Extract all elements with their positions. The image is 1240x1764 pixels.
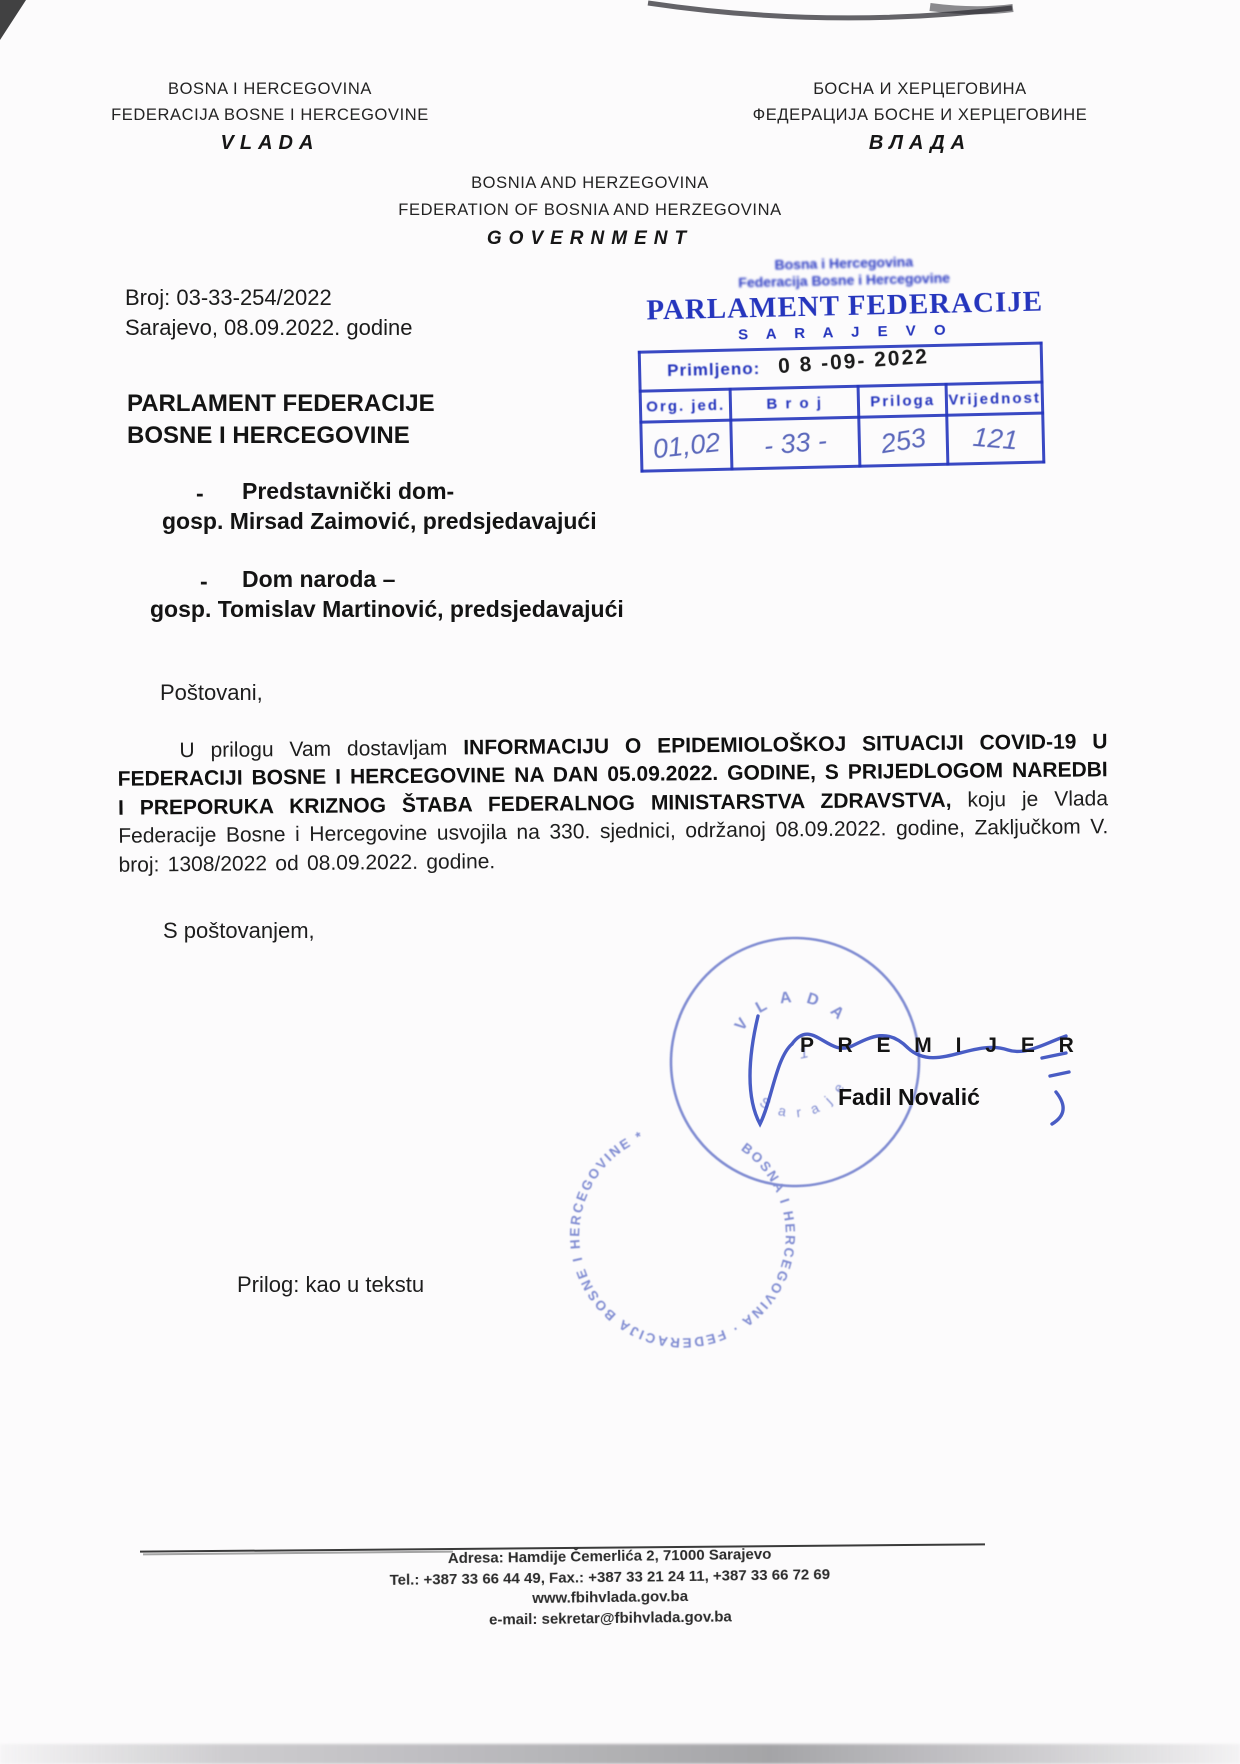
body-paragraph: U prilogu Vam dostavljam INFORMACIJU O E… — [117, 728, 1108, 880]
letterhead-center-country: BOSNIA AND HERZEGOVINA — [380, 170, 800, 197]
addressee2-person: gosp. Tomislav Martinović, predsjedavaju… — [150, 596, 624, 623]
round-seal: BOSNA I HERCEGOVINA · FEDERACIJA BOSNE I… — [514, 915, 971, 1372]
letterhead-left-government: VLADA — [95, 128, 445, 158]
closing: S poštovanjem, — [163, 918, 315, 944]
addressee1-person: gosp. Mirsad Zaimović, predsjedavajući — [162, 508, 597, 535]
received-stamp: Bosna i Hercegovina Federacija Bosne i H… — [636, 250, 1057, 472]
letterhead-right-country: БОСНА И ХЕРЦЕГОВИНА — [735, 76, 1105, 102]
letterhead-left-federation: FEDERACIJA BOSNE I HERCEGOVINE — [95, 102, 445, 128]
recipient-line1: PARLAMENT FEDERACIJE — [127, 388, 435, 420]
received-label: Primljeno: — [667, 359, 761, 380]
letterhead-right-government: ВЛАДА — [735, 128, 1105, 158]
letterhead-right: БОСНА И ХЕРЦЕГОВИНА ФЕДЕРАЦИЈА БОСНЕ И Х… — [735, 76, 1105, 158]
value-broj: - 33 - — [763, 425, 829, 462]
signatory-name: Fadil Novalić — [838, 1084, 980, 1111]
value-vrijednost: 121 — [972, 421, 1019, 456]
scanned-letter-page: BOSNA I HERCEGOVINA FEDERACIJA BOSNE I H… — [0, 0, 1240, 1764]
svg-text:BOSNA I HERCEGOVINA · FEDERACI: BOSNA I HERCEGOVINA · FEDERACIJA BOSNE I… — [546, 1100, 819, 1372]
recipient-block: PARLAMENT FEDERACIJE BOSNE I HERCEGOVINE — [127, 388, 435, 452]
col-org-jed: Org. jed. — [640, 389, 731, 422]
letterhead-center: BOSNIA AND HERZEGOVINA FEDERATION OF BOS… — [380, 170, 800, 253]
seal-ring-text: BOSNA I HERCEGOVINA · FEDERACIJA BOSNE I… — [546, 1100, 819, 1372]
addressee2-title: Dom naroda – — [242, 566, 395, 593]
letterhead-left-country: BOSNA I HERCEGOVINA — [95, 76, 445, 102]
letterhead-right-federation: ФЕДЕРАЦИЈА БОСНЕ И ХЕРЦЕГОВИНЕ — [735, 102, 1105, 128]
signatory-title: P R E M I J E R — [800, 1034, 1083, 1058]
attachment-note: Prilog: kao u tekstu — [237, 1272, 424, 1298]
reference-number: Broj: 03-33-254/2022 — [125, 283, 412, 313]
reference-block: Broj: 03-33-254/2022 Sarajevo, 08.09.202… — [125, 283, 412, 343]
letterhead-center-government: GOVERNMENT — [380, 224, 800, 253]
letterhead-left: BOSNA I HERCEGOVINA FEDERACIJA BOSNE I H… — [95, 76, 445, 158]
value-priloga: 253 — [879, 422, 928, 460]
col-broj: B r o j — [731, 386, 859, 420]
reference-place-date: Sarajevo, 08.09.2022. godine — [125, 313, 412, 343]
addressee1-title: Predstavnički dom- — [242, 478, 454, 505]
body-segment-intro: U prilogu Vam dostavljam — [179, 736, 463, 762]
letterhead-center-federation: FEDERATION OF BOSNIA AND HERZEGOVINA — [380, 197, 800, 224]
col-priloga: Priloga — [858, 384, 947, 417]
addressee2-dash: - — [200, 568, 208, 595]
value-org-jed: 01,02 — [651, 427, 722, 465]
recipient-line2: BOSNE I HERCEGOVINE — [127, 420, 435, 452]
received-stamp-table-wrap: Primljeno: Org. jed. B r o j Priloga Vri… — [638, 341, 1057, 472]
col-vrijednost: Vrijednost — [946, 382, 1042, 415]
seal-and-signature-layer: BOSNA I HERCEGOVINA · FEDERACIJA BOSNE I… — [0, 0, 1240, 1764]
received-stamp-row-values: 01,02 - 33 - 253 121 — [641, 413, 1044, 471]
salutation: Poštovani, — [160, 680, 263, 706]
page-curl-artifact — [0, 0, 1240, 40]
addressee1-dash: - — [196, 480, 204, 507]
scan-bottom-shadow — [0, 1744, 1240, 1764]
footer: Adresa: Hamdije Čemerlića 2, 71000 Saraj… — [150, 1541, 1071, 1635]
